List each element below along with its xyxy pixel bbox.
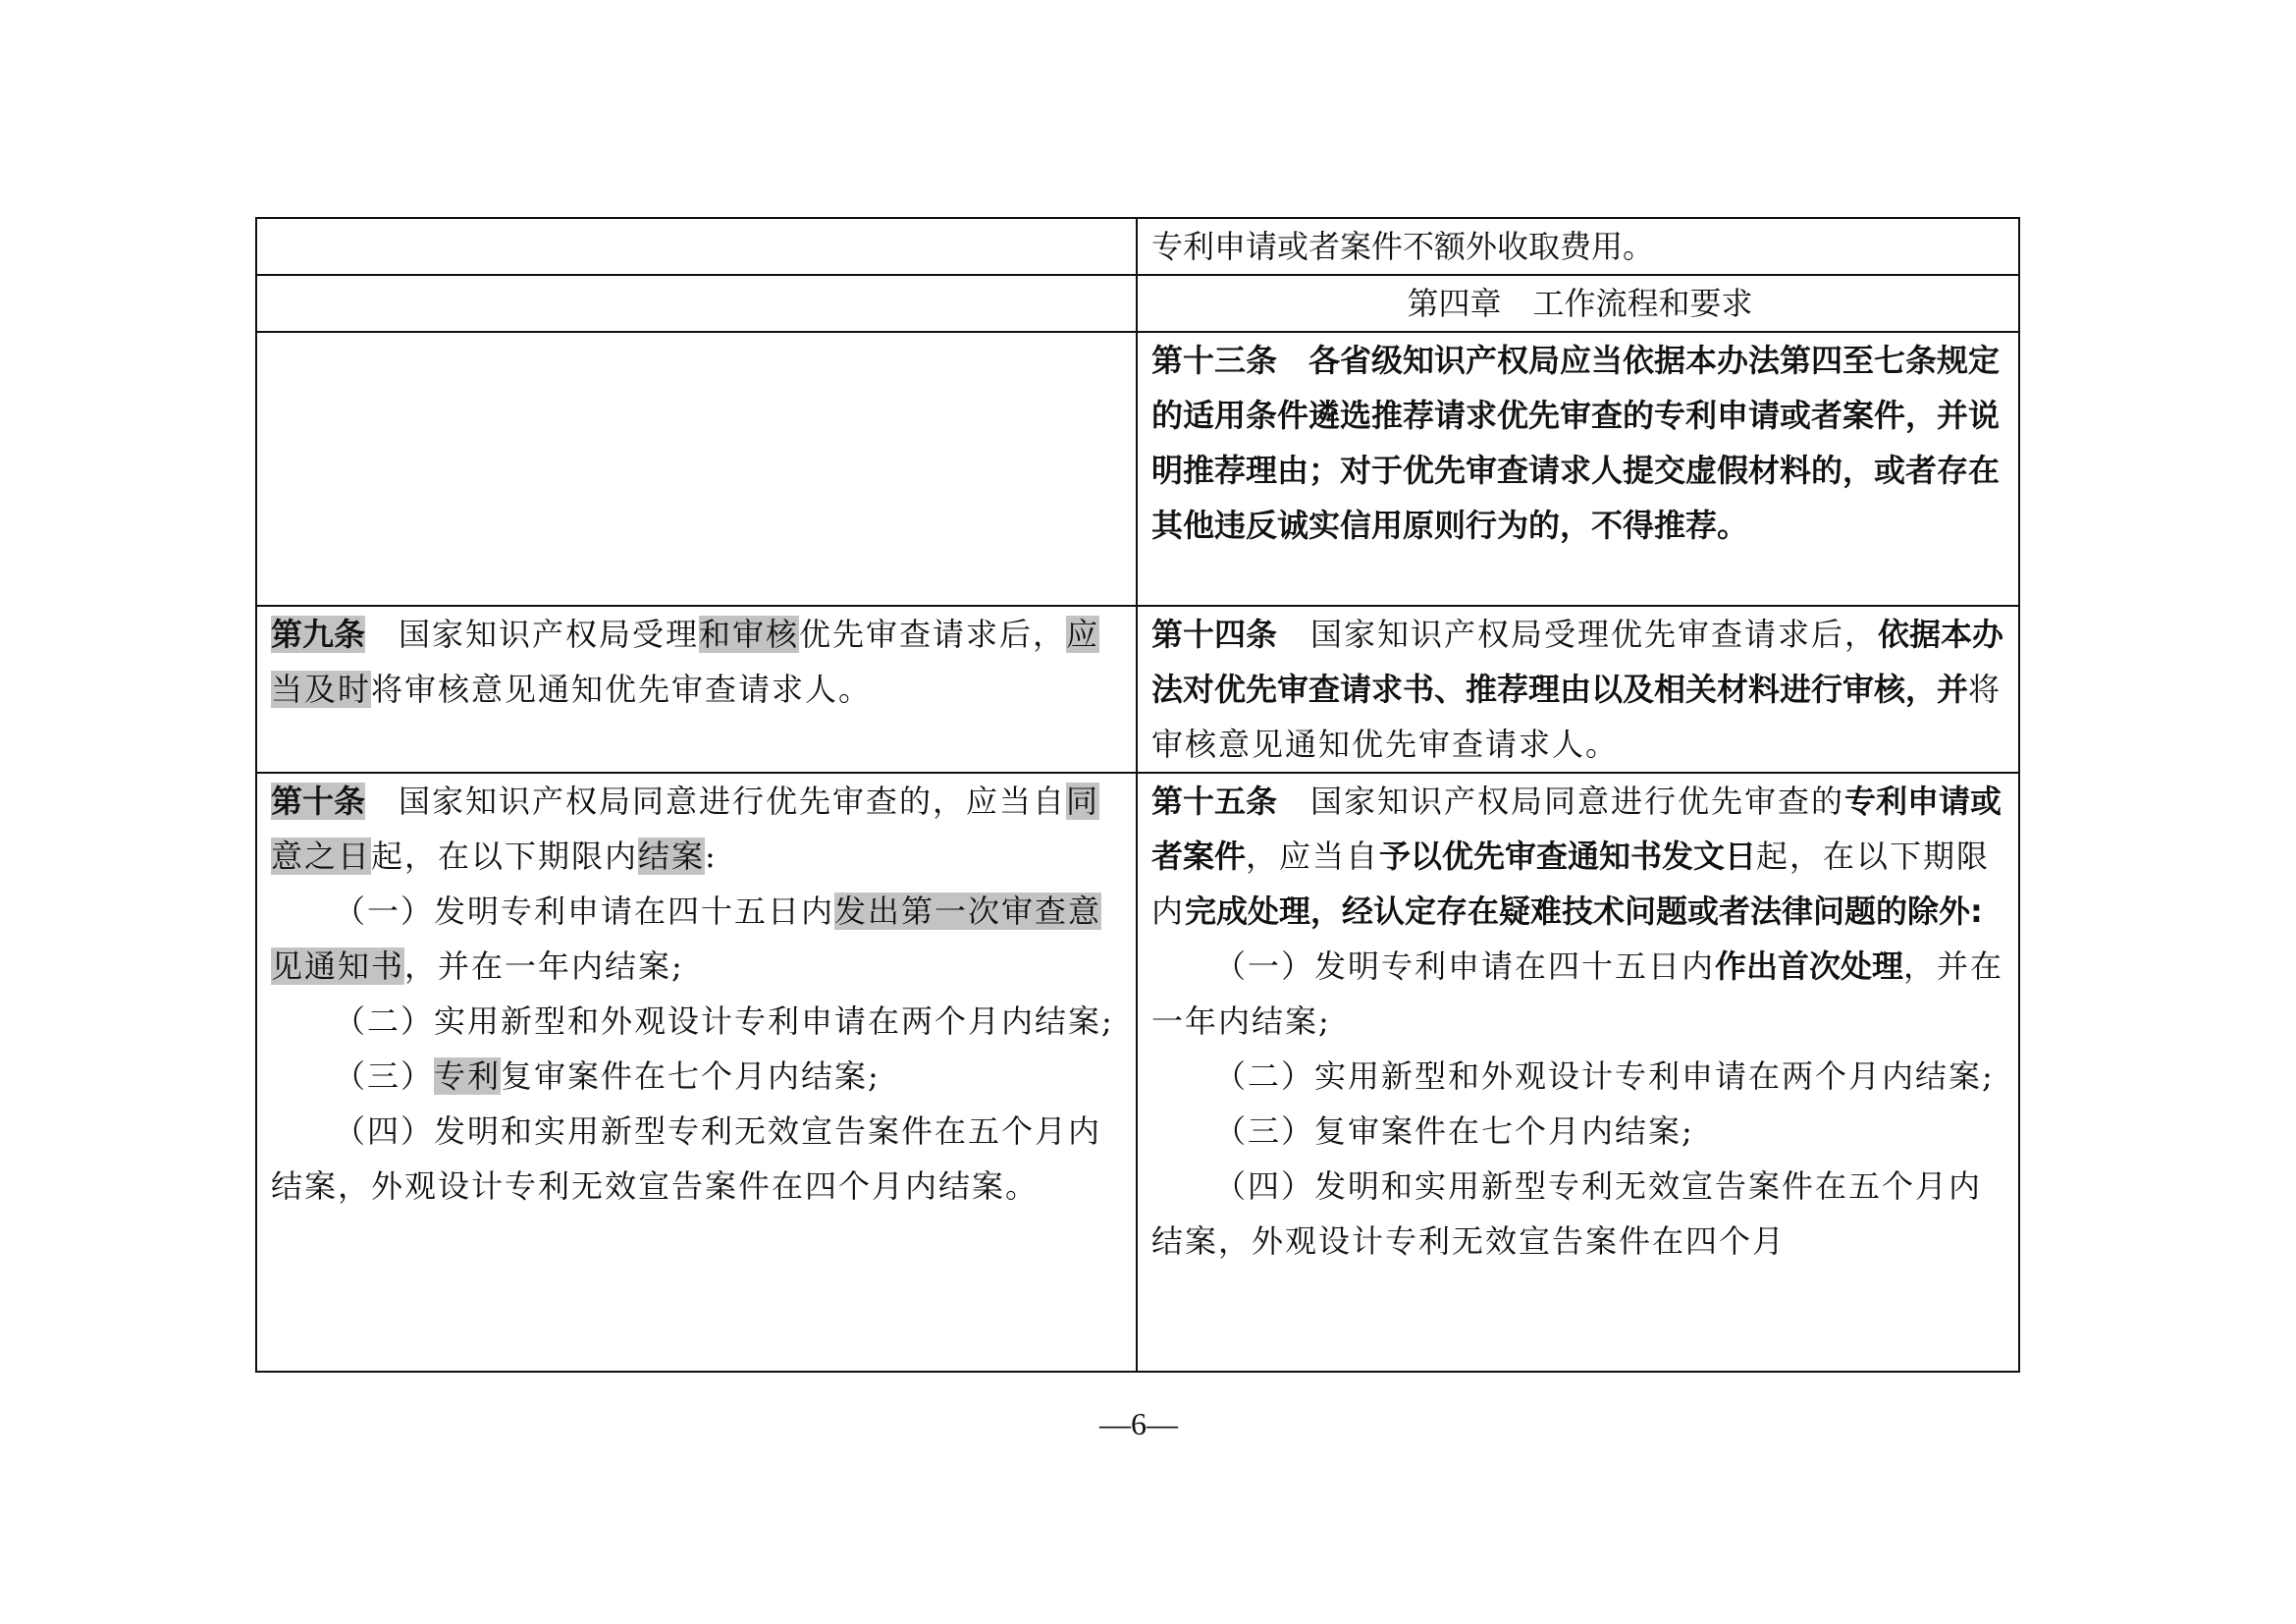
paragraph: （三）专利复审案件在七个月内结案; bbox=[271, 1049, 1126, 1104]
paragraph: 第十三条 各省级知识产权局应当依据本办法第四至七条规定的适用条件遴选推荐请求优先… bbox=[1151, 333, 2008, 553]
cell-right: 第十三条 各省级知识产权局应当依据本办法第四至七条规定的适用条件遴选推荐请求优先… bbox=[1137, 332, 2019, 606]
table-row: 专利申请或者案件不额外收取费用。 bbox=[256, 218, 2019, 275]
paragraph: （四）发明和实用新型专利无效宣告案件在五个月内结案，外观设计专利无效宣告案件在四… bbox=[1151, 1159, 2008, 1269]
highlighted-text: 第十条 bbox=[271, 783, 365, 820]
table-row: 第九条 国家知识产权局受理和审核优先审查请求后，应当及时将审核意见通知优先审查请… bbox=[256, 606, 2019, 773]
highlighted-text: 专利 bbox=[434, 1057, 501, 1095]
text-segment: 完成处理，经认定存在疑难技术问题或者法律问题的除外: bbox=[1185, 893, 1983, 930]
page-number: —6— bbox=[1080, 1406, 1198, 1442]
paragraph: （四）发明和实用新型专利无效宣告案件在五个月内结案，外观设计专利无效宣告案件在四… bbox=[271, 1104, 1126, 1214]
text-segment: 予以优先审查通知书发文日 bbox=[1379, 838, 1756, 875]
text-segment: 第十三条 bbox=[1151, 342, 1277, 379]
paragraph: （二）实用新型和外观设计专利申请在两个月内结案; bbox=[1151, 1049, 2008, 1104]
highlighted-text: 和审核 bbox=[699, 616, 799, 653]
text-segment: 国家知识产权局受理优先审查请求后， bbox=[1277, 616, 1878, 653]
text-segment: （二）实用新型和外观设计专利申请在两个月内结案; bbox=[1214, 1057, 1995, 1095]
paragraph: 第九条 国家知识产权局受理和审核优先审查请求后，应当及时将审核意见通知优先审查请… bbox=[271, 607, 1126, 717]
table-row: 第四章 工作流程和要求 bbox=[256, 275, 2019, 332]
text-segment: 第十五条 bbox=[1151, 783, 1277, 820]
cell-right: 第十四条 国家知识产权局受理优先审查请求后，依据本办法对优先审查请求书、推荐理由… bbox=[1137, 606, 2019, 773]
cell-left bbox=[256, 218, 1137, 275]
cell-right: 第四章 工作流程和要求 bbox=[1137, 275, 2019, 332]
document-page: 专利申请或者案件不额外收取费用。 第四章 工作流程和要求 第十三条 各省级知识产… bbox=[0, 0, 2296, 1624]
text-segment: 将审核意见通知优先审查请求人。 bbox=[371, 671, 872, 708]
highlighted-text: 结案 bbox=[638, 838, 705, 875]
text-segment: 国家知识产权局同意进行优先审查的 bbox=[1277, 783, 1844, 820]
highlighted-text: 第九条 bbox=[271, 616, 365, 653]
table-row: 第十三条 各省级知识产权局应当依据本办法第四至七条规定的适用条件遴选推荐请求优先… bbox=[256, 332, 2019, 606]
paragraph: 第十四条 国家知识产权局受理优先审查请求后，依据本办法对优先审查请求书、推荐理由… bbox=[1151, 607, 2008, 772]
text-segment: 专利申请或者案件不额外收取费用。 bbox=[1151, 228, 1654, 265]
cell-left bbox=[256, 332, 1137, 606]
text-segment: 复审案件在七个月内结案; bbox=[501, 1057, 881, 1095]
text-segment: （三）复审案件在七个月内结案; bbox=[1214, 1112, 1694, 1150]
text-segment: （一）发明专利申请在四十五日内 bbox=[334, 893, 834, 930]
comparison-table: 专利申请或者案件不额外收取费用。 第四章 工作流程和要求 第十三条 各省级知识产… bbox=[255, 217, 2020, 1373]
paragraph: 第十五条 国家知识产权局同意进行优先审查的专利申请或者案件，应当自予以优先审查通… bbox=[1151, 774, 2008, 939]
paragraph: 专利申请或者案件不额外收取费用。 bbox=[1151, 219, 2008, 274]
table-row: 第十条 国家知识产权局同意进行优先审查的，应当自同意之日起，在以下期限内结案:（… bbox=[256, 773, 2019, 1372]
cell-left bbox=[256, 275, 1137, 332]
paragraph: 第十条 国家知识产权局同意进行优先审查的，应当自同意之日起，在以下期限内结案: bbox=[271, 774, 1126, 884]
text-segment: （四）发明和实用新型专利无效宣告案件在五个月内结案，外观设计专利无效宣告案件在四… bbox=[271, 1112, 1101, 1205]
paragraph: （二）实用新型和外观设计专利申请在两个月内结案; bbox=[271, 994, 1126, 1049]
cell-right: 第十五条 国家知识产权局同意进行优先审查的专利申请或者案件，应当自予以优先审查通… bbox=[1137, 773, 2019, 1372]
paragraph: （一）发明专利申请在四十五日内发出第一次审查意见通知书，并在一年内结案; bbox=[271, 884, 1126, 994]
text-segment: 起，在以下期限内 bbox=[371, 838, 638, 875]
paragraph: （三）复审案件在七个月内结案; bbox=[1151, 1104, 2008, 1159]
cell-left: 第九条 国家知识产权局受理和审核优先审查请求后，应当及时将审核意见通知优先审查请… bbox=[256, 606, 1137, 773]
text-segment: 第四章 工作流程和要求 bbox=[1407, 285, 1752, 322]
text-segment: ，应当自 bbox=[1246, 838, 1379, 875]
text-segment: ，并在一年内结案; bbox=[404, 947, 684, 985]
paragraph: 第四章 工作流程和要求 bbox=[1151, 276, 2008, 331]
text-segment: （二）实用新型和外观设计专利申请在两个月内结案; bbox=[334, 1002, 1114, 1040]
cell-right: 专利申请或者案件不额外收取费用。 bbox=[1137, 218, 2019, 275]
cell-left: 第十条 国家知识产权局同意进行优先审查的，应当自同意之日起，在以下期限内结案:（… bbox=[256, 773, 1137, 1372]
text-segment: （四）发明和实用新型专利无效宣告案件在五个月内结案，外观设计专利无效宣告案件在四… bbox=[1151, 1167, 1982, 1260]
paragraph: （一）发明专利申请在四十五日内作出首次处理，并在一年内结案; bbox=[1151, 939, 2008, 1049]
text-segment: （三） bbox=[334, 1057, 434, 1095]
text-segment: 作出首次处理 bbox=[1715, 947, 1903, 985]
text-segment: : bbox=[705, 838, 718, 875]
text-segment: 国家知识产权局受理 bbox=[365, 616, 699, 653]
text-segment: 国家知识产权局同意进行优先审查的，应当自 bbox=[365, 783, 1066, 820]
text-segment: 各省级知识产权局应当依据本办法第四至七条规定的适用条件遴选推荐请求优先审查的专利… bbox=[1151, 342, 2000, 544]
text-segment: 优先审查请求后， bbox=[799, 616, 1066, 653]
text-segment: 第十四条 bbox=[1151, 616, 1277, 653]
text-segment: （一）发明专利申请在四十五日内 bbox=[1214, 947, 1715, 985]
